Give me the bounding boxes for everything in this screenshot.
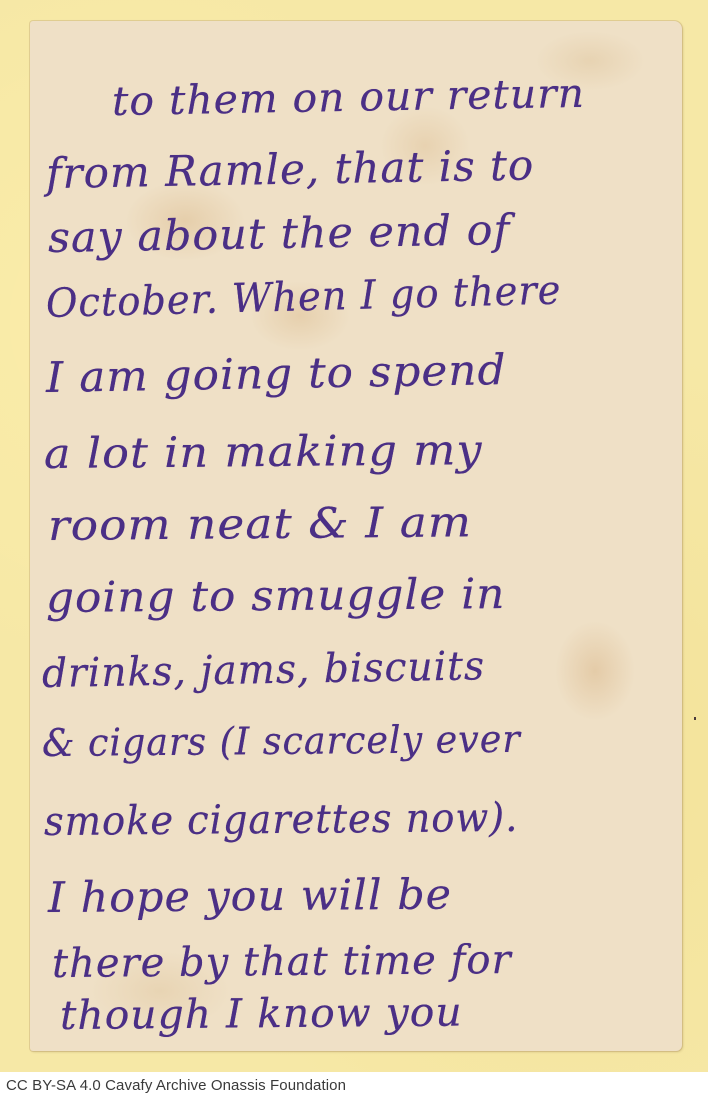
handwritten-line: drinks, jams, biscuits [42, 643, 486, 697]
handwritten-line: & cigars (I scarcely ever [42, 717, 521, 765]
margin-mark [694, 717, 696, 720]
handwritten-line: room neat & I am [48, 497, 472, 550]
handwritten-line: I am going to spend [46, 345, 507, 402]
license-caption: CC BY-SA 4.0 Cavafy Archive Onassis Foun… [6, 1077, 346, 1094]
handwritten-line: from Ramle, that is to [46, 140, 535, 198]
handwritten-line: though I know you [60, 989, 463, 1039]
handwritten-line: October. When I go there [45, 268, 562, 327]
handwritten-line: going to smuggle in [46, 569, 506, 622]
handwritten-line: to them on our return [112, 71, 586, 125]
letter-page: to them on our return from Ramle, that i… [30, 21, 682, 1051]
handwritten-line: I hope you will be [48, 869, 452, 922]
handwritten-line: smoke cigarettes now). [44, 795, 519, 845]
handwritten-line: a lot in making my [44, 425, 483, 478]
handwritten-line: there by that time for [52, 937, 512, 987]
handwritten-line: say about the end of [48, 205, 511, 262]
